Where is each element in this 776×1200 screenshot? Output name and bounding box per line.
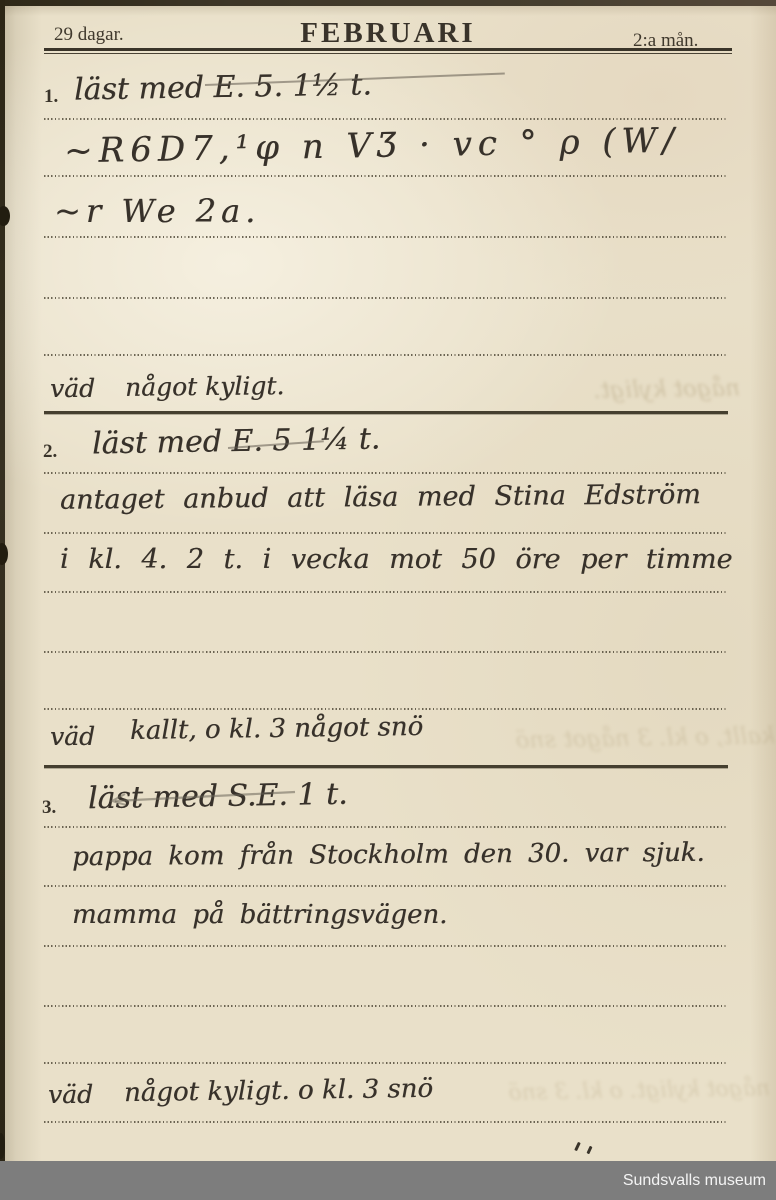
ruled-line <box>44 1062 726 1064</box>
ruled-line <box>44 236 726 238</box>
entry-1-weather: något kyligt. <box>125 371 285 402</box>
entry-1-shorthand-row-2: ~r We 2a. <box>54 192 260 230</box>
ruled-line <box>44 945 726 947</box>
header-rule-thin <box>44 53 732 54</box>
ink-speck <box>574 1142 581 1151</box>
ruled-line <box>44 118 726 120</box>
ruled-line <box>44 297 726 299</box>
ruled-line <box>44 826 726 828</box>
ruled-line <box>44 1005 726 1007</box>
entry-1-shorthand-row-1: ~R6D7,¹φ n VƷ · vc ° ρ (W/ <box>64 121 680 172</box>
entry-3-weather-label: väd <box>48 1080 93 1109</box>
ink-speck <box>586 1146 592 1155</box>
entry-2-weather-label: väd <box>50 722 95 751</box>
diary-page-scan: 29 dagar. FEBRUARI 2:a mån. 1. läst med … <box>0 0 776 1200</box>
ruled-line <box>44 354 726 356</box>
scan-top-edge <box>0 0 776 6</box>
entry-1-weather-label: väd <box>50 374 95 403</box>
entry-2-note-2: i kl. 4. 2 t. i vecka mot 50 öre per tim… <box>60 544 732 575</box>
ruled-line <box>44 885 726 887</box>
entry-1-activity: läst med E. 5. 1½ t. <box>74 67 372 107</box>
entry-2-activity: läst med E. 5 1¼ t. <box>92 421 381 461</box>
pencil-arrow <box>105 786 300 808</box>
ink-bleed-through: något kyligt. o kl. 3 snö <box>560 1076 770 1105</box>
ruled-line <box>44 472 726 474</box>
scan-left-edge <box>0 0 5 1200</box>
ruled-line <box>44 1121 726 1123</box>
ruled-line <box>44 532 726 534</box>
entry-3-note-2: mamma på bättringsvägen. <box>72 900 447 930</box>
entry-2-weather: kallt, o kl. 3 något snö <box>130 712 424 746</box>
day-separator-line <box>44 411 728 414</box>
ruled-line <box>44 591 726 593</box>
day-number-1: 1. <box>44 86 58 108</box>
day-separator-line <box>44 765 728 768</box>
ruled-line <box>44 175 726 177</box>
day-number-3: 3. <box>42 797 56 819</box>
ruled-line <box>44 651 726 653</box>
museum-credit-label: Sundsvalls museum <box>623 1161 766 1200</box>
entry-3-weather: något kyligt. o kl. 3 snö <box>124 1074 433 1108</box>
ruled-line <box>44 708 726 710</box>
entry-2-note-1: antaget anbud att läsa med Stina Edström <box>60 479 701 516</box>
ink-bleed-through: något kyligt. <box>440 375 740 406</box>
header-rule-thick <box>44 48 732 51</box>
binding-mark <box>0 543 8 565</box>
binding-mark <box>0 206 10 226</box>
ink-bleed-through: kallt, o kl. 3 något snö <box>455 723 775 755</box>
day-number-2: 2. <box>43 441 57 463</box>
entry-3-note-1: pappa kom från Stockholm den 30. var sju… <box>72 838 705 872</box>
